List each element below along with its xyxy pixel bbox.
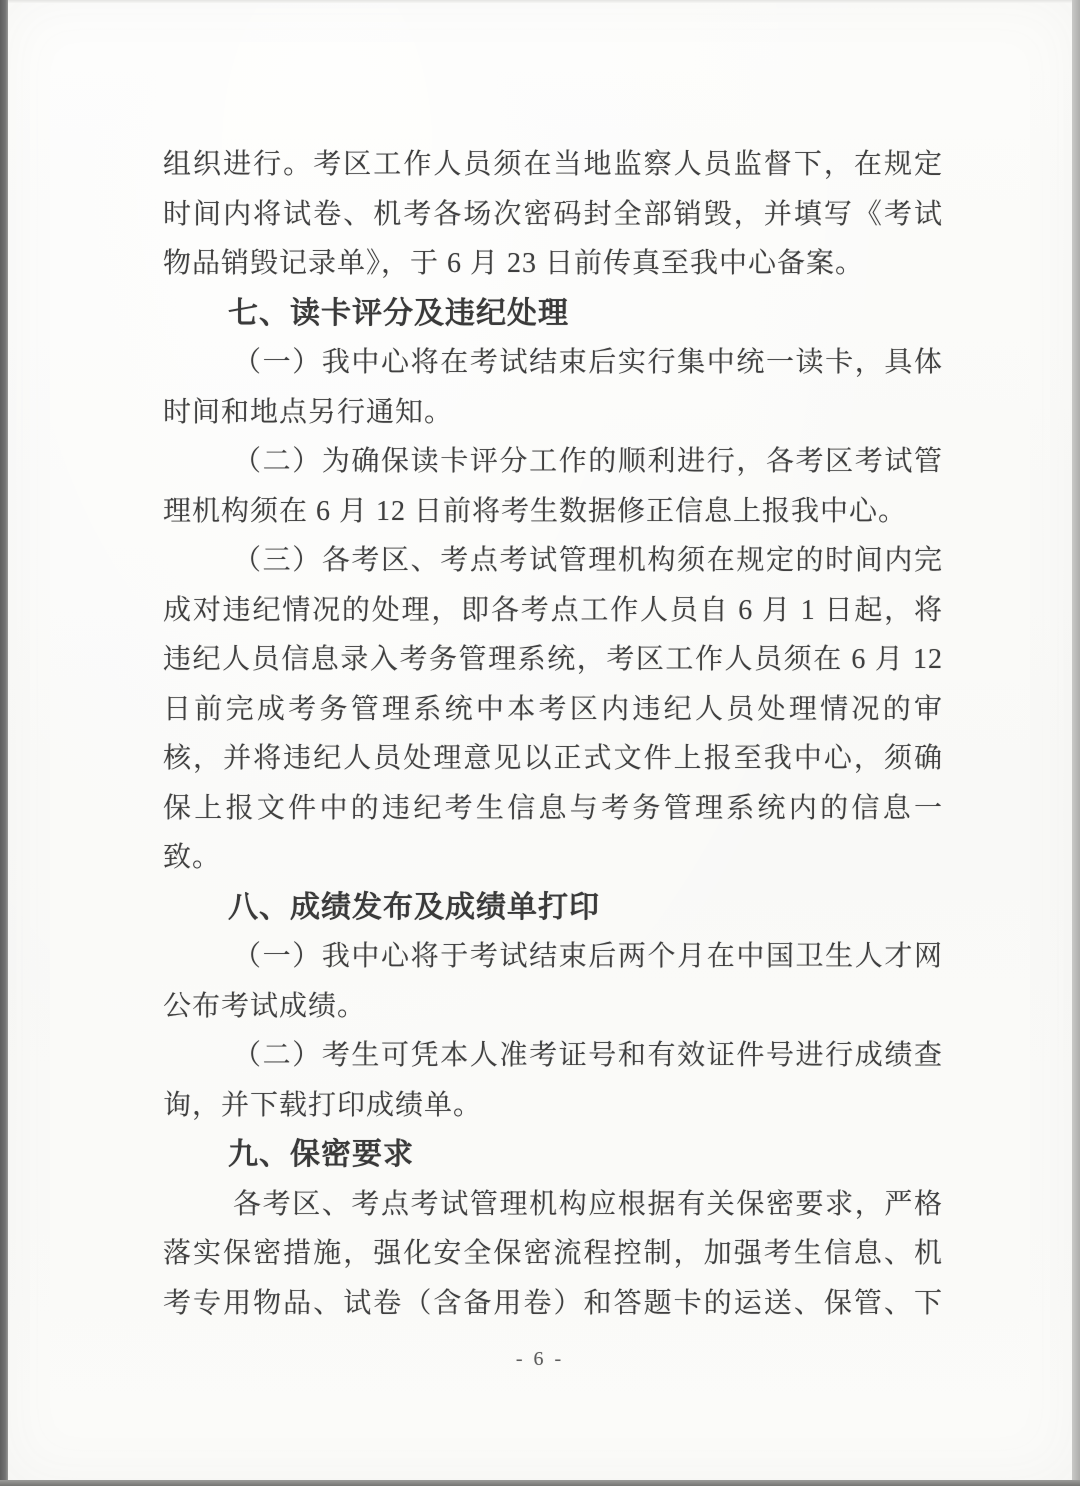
scan-edge-top [0,0,1080,3]
paragraph-line: 理机构须在 6 月 12 日前将考生数据修正信息上报我中心。 [163,487,943,537]
section-heading-9: 九、保密要求 [163,1130,943,1180]
paragraph-line: 各考区、考点考试管理机构应根据有关保密要求，严格 [163,1180,943,1230]
paragraph-line: （二）考生可凭本人准考证号和有效证件号进行成绩查 [163,1031,943,1081]
paragraph-line: 落实保密措施，强化安全保密流程控制，加强考生信息、机 [163,1229,943,1279]
paragraph-line: （二）为确保读卡评分工作的顺利进行，各考区考试管 [163,437,943,487]
paragraph-line: 考专用物品、试卷（含备用卷）和答题卡的运送、保管、下 [163,1279,943,1329]
page-number: - 6 - [8,1345,1072,1373]
paragraph-line: （三）各考区、考点考试管理机构须在规定的时间内完 [163,536,943,586]
paragraph-line: 日前完成考务管理系统中本考区内违纪人员处理情况的审 [163,685,943,735]
paragraph-line: 核，并将违纪人员处理意见以正式文件上报至我中心，须确 [163,734,943,784]
paragraph-line: 询，并下载打印成绩单。 [163,1081,943,1131]
section-heading-7: 七、读卡评分及违纪处理 [163,289,943,339]
paragraph-line: 时间和地点另行通知。 [163,388,943,438]
document-body: 组织进行。考区工作人员须在当地监察人员监督下，在规定 时间内将试卷、机考各场次密… [163,140,943,1328]
section-heading-8: 八、成绩发布及成绩单打印 [163,883,943,933]
page-surface: 组织进行。考区工作人员须在当地监察人员监督下，在规定 时间内将试卷、机考各场次密… [8,0,1072,1480]
scanned-page: 组织进行。考区工作人员须在当地监察人员监督下，在规定 时间内将试卷、机考各场次密… [0,0,1080,1486]
scan-edge-right [1072,0,1080,1486]
paragraph-line: 成对违纪情况的处理，即各考点工作人员自 6 月 1 日起，将 [163,586,943,636]
paragraph-line: 违纪人员信息录入考务管理系统，考区工作人员须在 6 月 12 [163,635,943,685]
scan-edge-bottom [0,1480,1080,1486]
paragraph-line: 物品销毁记录单》，于 6 月 23 日前传真至我中心备案。 [163,239,943,289]
paragraph-line: 时间内将试卷、机考各场次密码封全部销毁，并填写《考试 [163,190,943,240]
paragraph-line: 致。 [163,833,943,883]
paragraph-line: （一）我中心将于考试结束后两个月在中国卫生人才网 [163,932,943,982]
paragraph-line: 组织进行。考区工作人员须在当地监察人员监督下，在规定 [163,140,943,190]
paragraph-line: 公布考试成绩。 [163,982,943,1032]
paragraph-line: （一）我中心将在考试结束后实行集中统一读卡，具体 [163,338,943,388]
paragraph-line: 保上报文件中的违纪考生信息与考务管理系统内的信息一 [163,784,943,834]
scan-edge-left [0,0,8,1486]
